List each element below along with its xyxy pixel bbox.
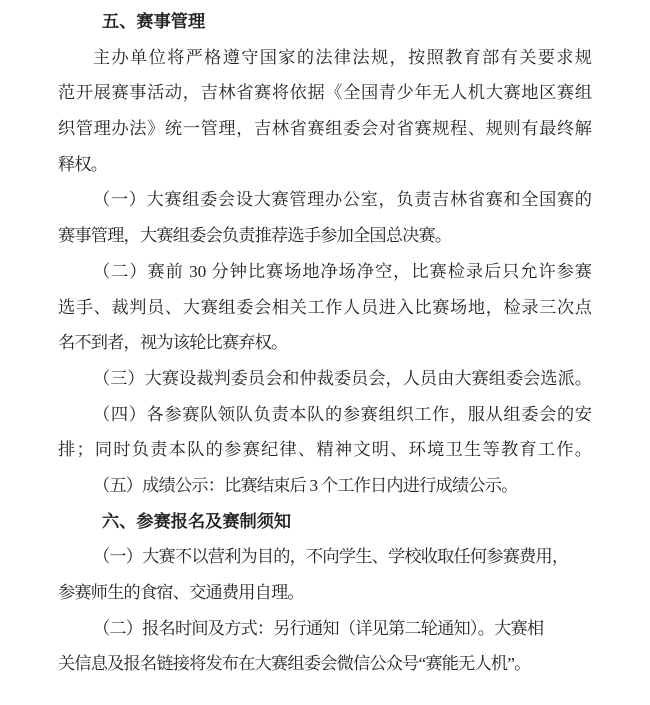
text-line: 织管理办法》统一管理，吉林省赛组委会对省赛规程、规则有最终解 xyxy=(58,111,592,147)
text-line: （四）各参赛队领队负责本队的参赛组织工作，服从组委会的安 xyxy=(58,397,592,433)
text-line: 赛事管理，大赛组委会负责推荐选手参加全国总决赛。 xyxy=(58,218,592,254)
text-line: 参赛师生的食宿、交通费用自理。 xyxy=(58,575,592,611)
text-line: （二）报名时间及方式：另行通知（详见第二轮通知）。大赛相 xyxy=(58,611,592,647)
text-line: （三）大赛设裁判委员会和仲裁委员会，人员由大赛组委会选派。 xyxy=(58,361,592,397)
text-line: （五）成绩公示：比赛结束后 3 个工作日内进行成绩公示。 xyxy=(58,468,592,504)
text-line: 排；同时负责本队的参赛纪律、精神文明、环境卫生等教育工作。 xyxy=(58,432,592,468)
section-heading-5: 五、赛事管理 xyxy=(58,4,592,40)
text-line: 名不到者，视为该轮比赛弃权。 xyxy=(58,325,592,361)
section-heading-6: 六、参赛报名及赛制须知 xyxy=(58,504,592,540)
document-page: 五、赛事管理 主办单位将严格遵守国家的法律法规，按照教育部有关要求规 范开展赛事… xyxy=(0,0,650,705)
text-line: 关信息及报名链接将发布在大赛组委会微信公众号“赛能无人机”。 xyxy=(58,646,592,682)
text-line: 范开展赛事活动，吉林省赛将依据《全国青少年无人机大赛地区赛组 xyxy=(58,75,592,111)
text-line: （一）大赛不以营利为目的，不向学生、学校收取任何参赛费用， xyxy=(58,539,592,575)
text-line: （二）赛前 30 分钟比赛场地净场净空，比赛检录后只允许参赛 xyxy=(58,254,592,290)
text-line: 主办单位将严格遵守国家的法律法规，按照教育部有关要求规 xyxy=(58,40,592,76)
text-line: （一）大赛组委会设大赛管理办公室，负责吉林省赛和全国赛的 xyxy=(58,182,592,218)
document-text-block: 五、赛事管理 主办单位将严格遵守国家的法律法规，按照教育部有关要求规 范开展赛事… xyxy=(58,4,592,682)
text-line: 选手、裁判员、大赛组委会相关工作人员进入比赛场地，检录三次点 xyxy=(58,290,592,326)
text-line: 释权。 xyxy=(58,147,592,183)
